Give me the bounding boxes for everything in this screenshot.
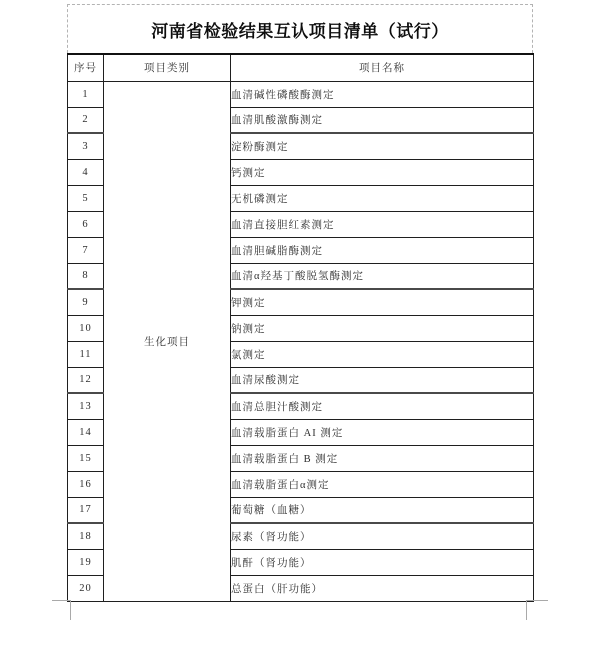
row-number: 4 [68, 159, 104, 185]
project-name: 总蛋白（肝功能） [231, 575, 534, 601]
column-header-no: 序号 [68, 54, 104, 81]
row-number: 11 [68, 341, 104, 367]
row-number: 14 [68, 419, 104, 445]
project-name: 淀粉酶测定 [231, 133, 534, 159]
column-header-category: 项目类别 [104, 54, 231, 81]
table-row: 1生化项目血清碱性磷酸酶测定 [68, 81, 534, 107]
margin-corner-mark-left [52, 600, 71, 620]
project-name: 血清直接胆红素测定 [231, 211, 534, 237]
project-name: 氯测定 [231, 341, 534, 367]
project-name: 尿素（肾功能） [231, 523, 534, 549]
project-name: 钾测定 [231, 289, 534, 315]
project-name: 血清尿酸测定 [231, 367, 534, 393]
project-name: 血清胆碱脂酶测定 [231, 237, 534, 263]
row-number: 13 [68, 393, 104, 419]
projects-table: 序号 项目类别 项目名称 1生化项目血清碱性磷酸酶测定2血清肌酸激酶测定3淀粉酶… [67, 53, 534, 602]
row-number: 20 [68, 575, 104, 601]
row-number: 15 [68, 445, 104, 471]
margin-corner-mark-right [526, 600, 548, 620]
row-number: 5 [68, 185, 104, 211]
row-number: 12 [68, 367, 104, 393]
header-row: 序号 项目类别 项目名称 [68, 54, 534, 81]
project-name: 无机磷测定 [231, 185, 534, 211]
row-number: 2 [68, 107, 104, 133]
row-number: 18 [68, 523, 104, 549]
document-page: 河南省检验结果互认项目清单（试行） 序号 项目类别 项目名称 1生化项目血清碱性… [0, 0, 600, 670]
category-cell: 生化项目 [104, 81, 231, 601]
row-number: 8 [68, 263, 104, 289]
page-title: 河南省检验结果互认项目清单（试行） [151, 17, 449, 42]
project-name: 钠测定 [231, 315, 534, 341]
column-header-name: 项目名称 [231, 54, 534, 81]
row-number: 9 [68, 289, 104, 315]
table-body: 1生化项目血清碱性磷酸酶测定2血清肌酸激酶测定3淀粉酶测定4钙测定5无机磷测定6… [68, 81, 534, 601]
project-name: 钙测定 [231, 159, 534, 185]
project-name: 血清载脂蛋白α测定 [231, 471, 534, 497]
project-name: 血清载脂蛋白 AI 测定 [231, 419, 534, 445]
project-name: 肌酐（肾功能） [231, 549, 534, 575]
row-number: 7 [68, 237, 104, 263]
row-number: 1 [68, 81, 104, 107]
project-name: 血清碱性磷酸酶测定 [231, 81, 534, 107]
title-frame: 河南省检验结果互认项目清单（试行） [67, 4, 533, 53]
project-name: 血清载脂蛋白 B 测定 [231, 445, 534, 471]
table-header: 序号 项目类别 项目名称 [68, 54, 534, 81]
row-number: 19 [68, 549, 104, 575]
row-number: 16 [68, 471, 104, 497]
project-name: 葡萄糖（血糖） [231, 497, 534, 523]
row-number: 3 [68, 133, 104, 159]
row-number: 10 [68, 315, 104, 341]
row-number: 6 [68, 211, 104, 237]
row-number: 17 [68, 497, 104, 523]
project-name: 血清总胆汁酸测定 [231, 393, 534, 419]
project-name: 血清α羟基丁酸脱氢酶测定 [231, 263, 534, 289]
project-name: 血清肌酸激酶测定 [231, 107, 534, 133]
